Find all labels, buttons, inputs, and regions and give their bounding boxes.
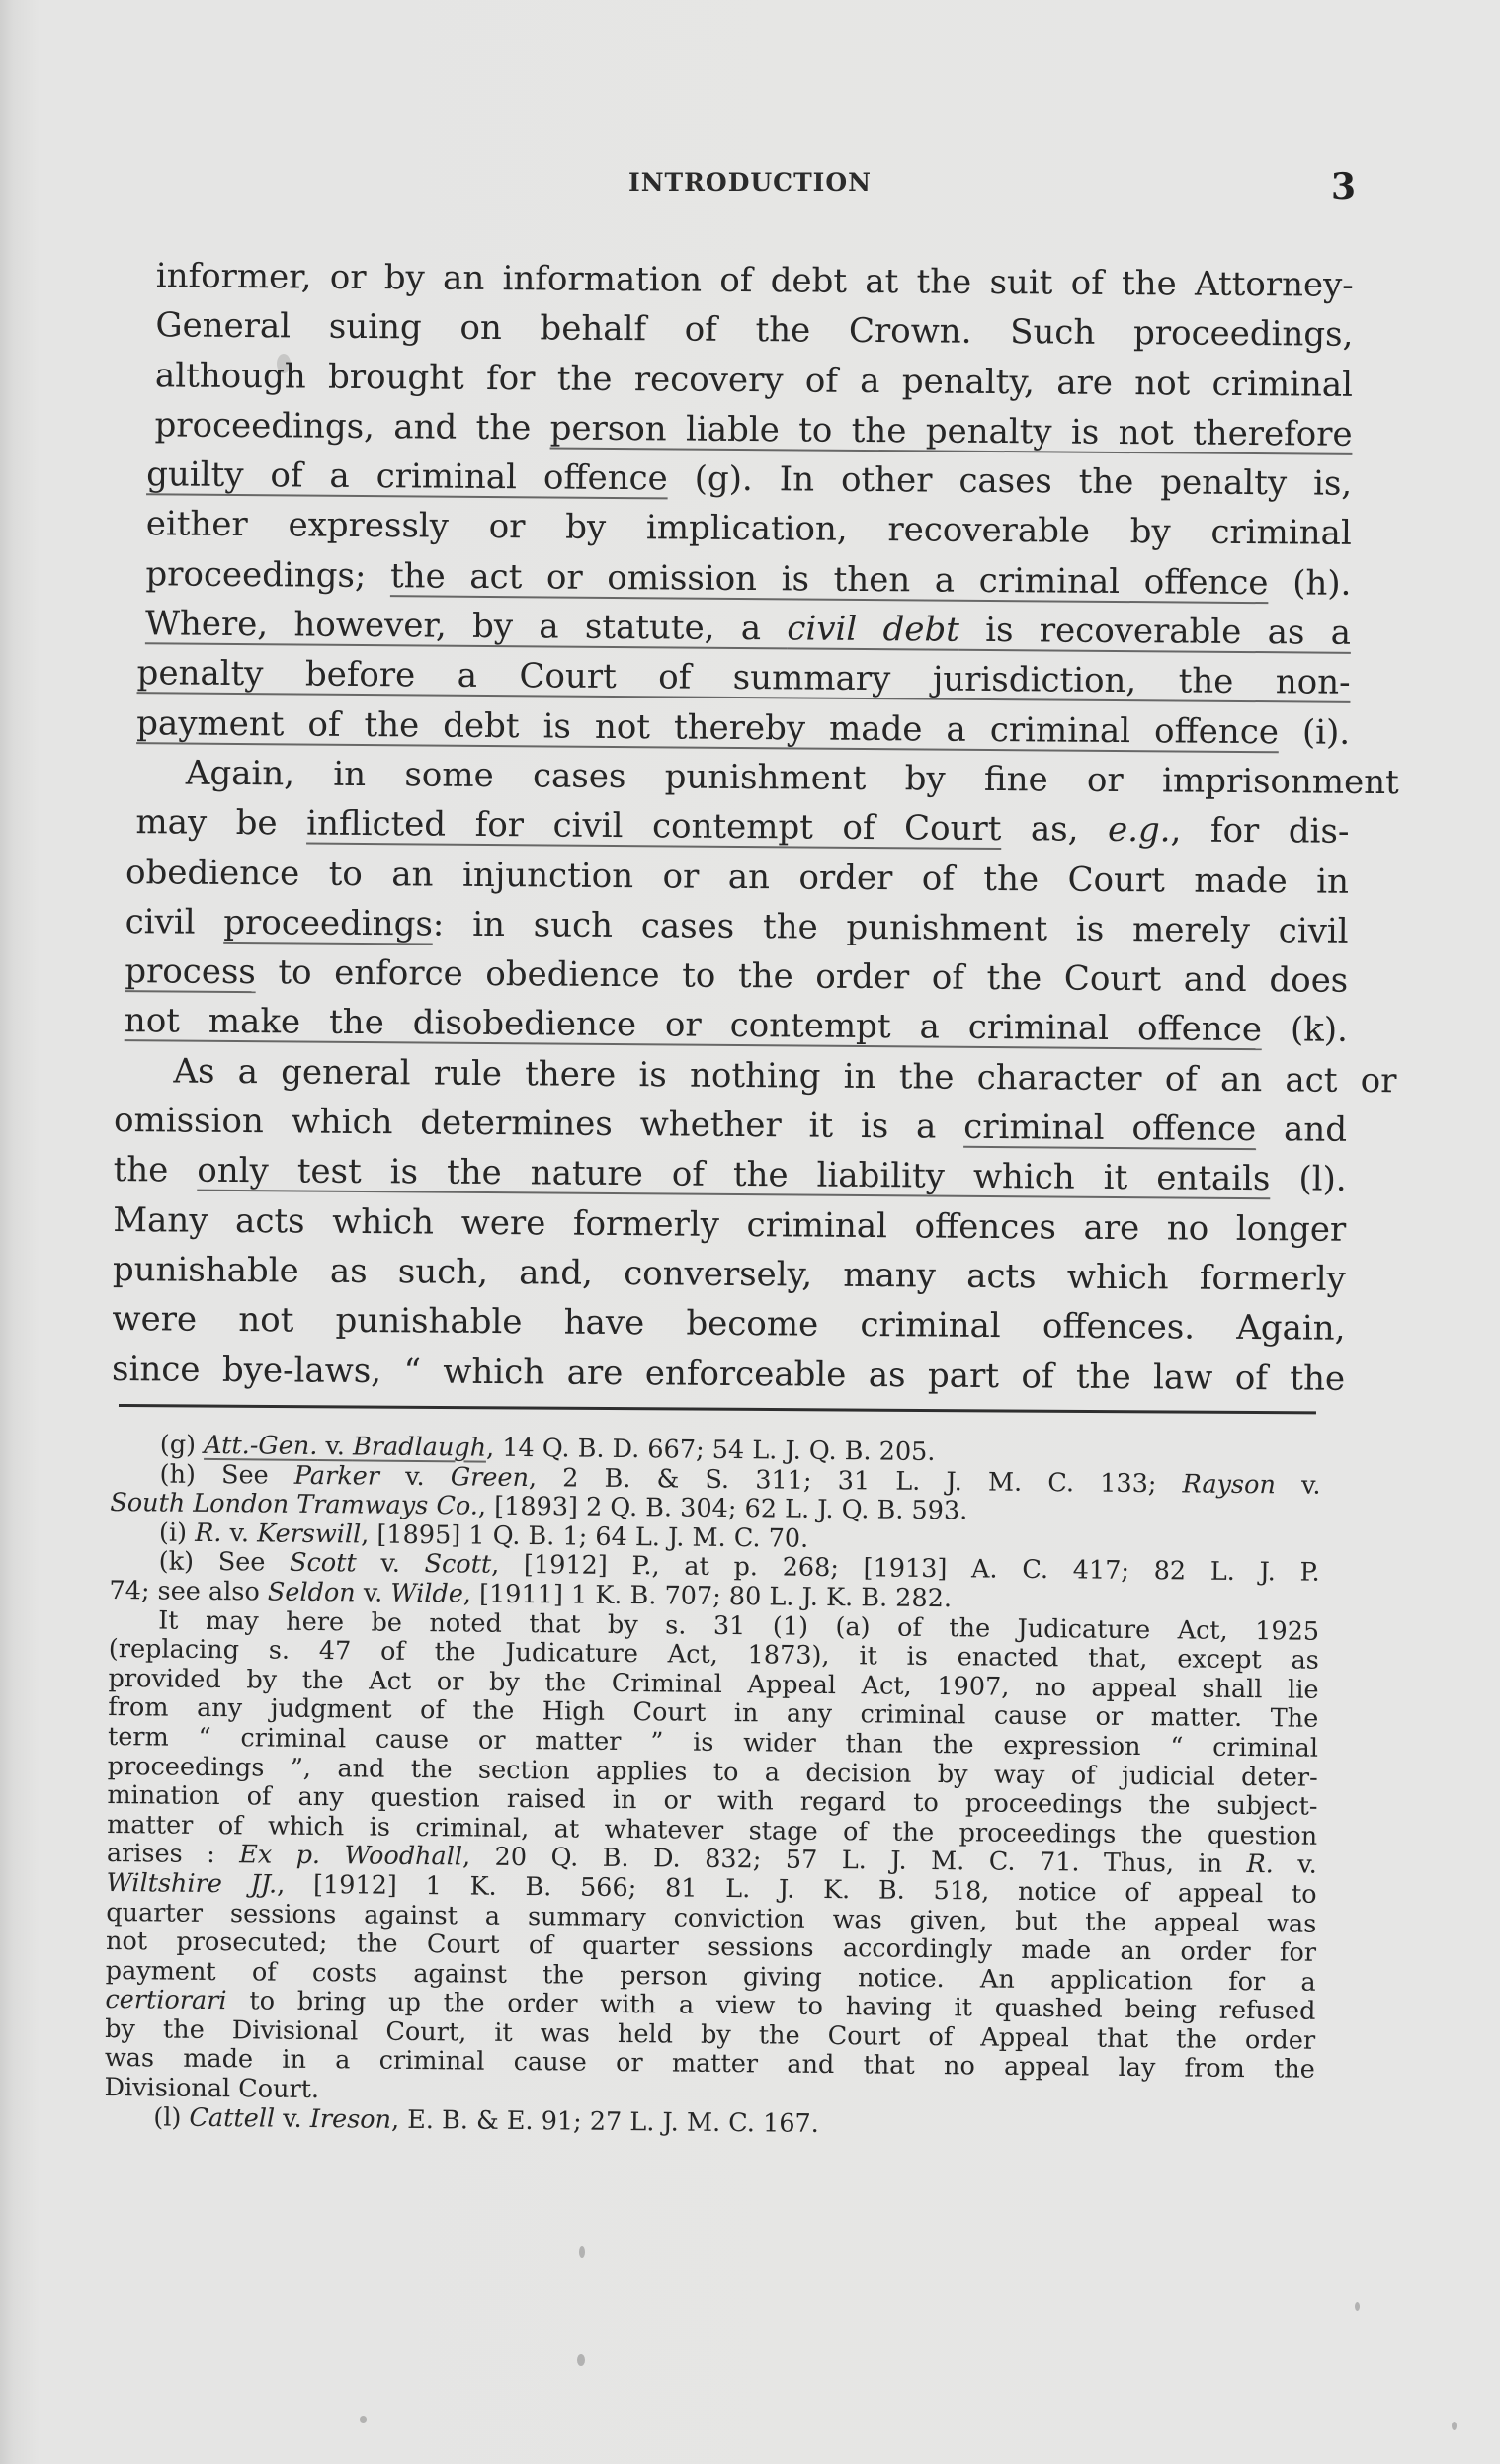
scan-speck [577,2354,585,2366]
underlined-passage: person liable to the penalty is not ther… [550,408,1353,453]
scan-speck [579,2246,585,2258]
footnote-separator-rule [119,1404,1316,1414]
body-line: the only test is the nature of the liabi… [113,1145,1346,1204]
body-line: General suing on behalf of the Crown. Su… [155,301,1353,361]
underlined-passage: not make the disobedience or contempt a … [125,1002,1262,1050]
scan-speck [1452,2422,1457,2430]
underlined-passage: payment of the debt is not thereby made … [136,703,1279,752]
body-text: informer, or by an information of debt a… [108,251,1354,1404]
scan-speck [1355,2302,1360,2311]
underlined-passage: inflicted for civil contempt of Court [306,804,1001,850]
underlined-passage: only test is the nature of the liability… [197,1151,1270,1199]
running-title: INTRODUCTION [628,168,872,197]
underlined-passage: the act or omission is then a criminal o… [390,556,1269,603]
italic-term: civil debt [787,609,959,649]
underlined-passage: proceedings [223,903,433,945]
book-page: INTRODUCTION 3 informer, or by an inform… [0,0,1500,2464]
underlined-passage: process [125,951,256,992]
body-line: penalty before a Court of summary jurisd… [136,649,1350,708]
underlined-passage: criminal offence [963,1108,1256,1149]
footnotes: (g) Att.-Gen. v. Bradlaugh, 14 Q. B. D. … [104,1431,1321,2144]
running-head: INTRODUCTION 3 [0,166,1500,205]
body-line: since bye-laws, “ which are enforceable … [112,1345,1345,1404]
body-line: either expressly or by implication, reco… [146,500,1352,559]
underlined-passage: penalty before a Court of summary jurisd… [136,654,1350,703]
underlined-passage: guilty of a criminal offence [146,454,668,498]
italic-term: e.g. [1108,810,1171,850]
body-line: may be inflicted for civil contempt of C… [135,797,1349,857]
scan-speck [360,2416,367,2423]
page-number: 3 [1331,166,1356,207]
body-line: were not punishable have become criminal… [112,1294,1345,1354]
